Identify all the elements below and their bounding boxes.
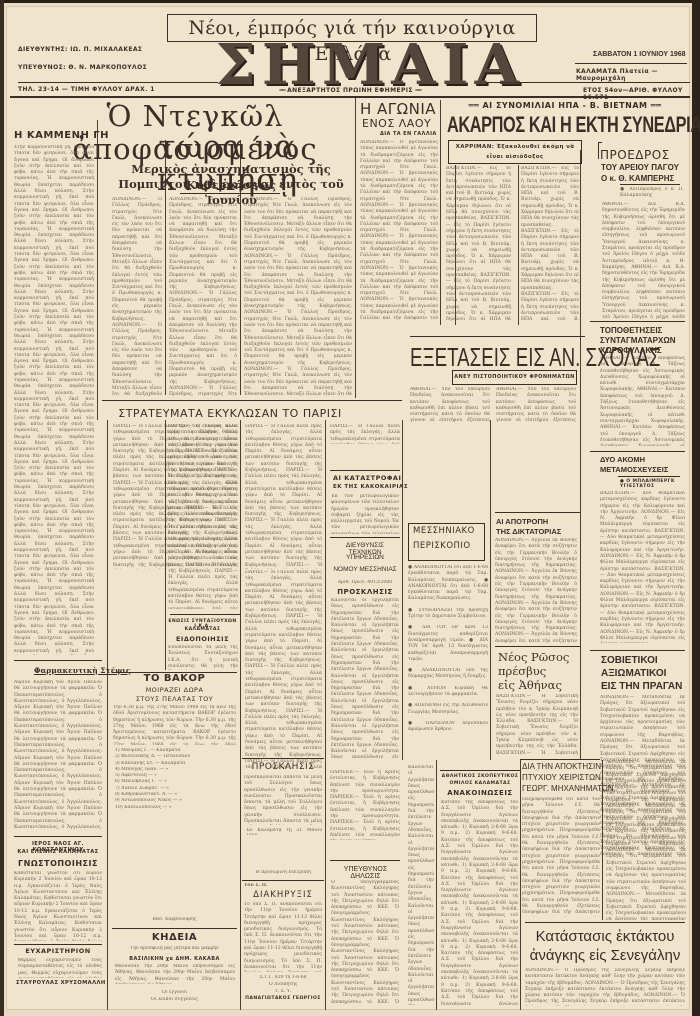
article-body: ΑΘΗΝΑΙ.— Διὰ Β.Δ. δημοσιευθέντος εἰς τὴν… [602,202,685,322]
notice-name: ΣΤΑΥΡΟΥΛΑΣ ΧΡΥΣΟΜΑΛΛΗ [16,980,106,986]
column-title: ΤΟΠΟΘΕΤΗΣΕΙΣ [600,326,662,335]
headline: Κατάστασις ἐκτάκτου [525,928,685,945]
article-body: Στὴν κομμουνιστικὴ γῆ, ἐκεῖ ποὺ τίποτα δ… [14,145,94,655]
box-text: ΑΝΕΥ ΠΙΣΤΟΠΟΙΗΤΙΚΟΥ ΦΡΟΝΗΜΑΤΩΝ [453,371,576,384]
signature: Βασ. Καρβουνάρης [113,917,236,925]
article-body: ΒΑΣΙΓΚΤΩΝ.— Εἰς τὸ Παρίσι ἐγένετο σήμερο… [521,166,579,321]
article-body: ΑΘΗΝΑΙ.— Ὑπὸ τοῦ ὑπουργοῦ Παιδείας ἀνακο… [496,387,576,424]
article-body: ΠΑΡΙΣΙ.— Ἡ Γαλλία πλέει πρὸς τὰς ἐκλογάς… [168,424,238,609]
list-item: ● ΠΑΡΙΣΙΝΟΝ περιοδικὸν ἀφιέρωσεν ἄρθρον. [408,721,488,734]
notice-title: ΚΑΙ ΕΛΕΝΗΣ ΚΑΛΑΜΑΤΑΣ [14,849,102,855]
note: ● Ο ΜΠΛΑΙΜΠΕΡΓΚ ΥΓΙΕΣΤΑΤΟΣ [620,479,684,489]
notice-title: ΚΑΛΑΜΑΤΑΣ [165,627,240,632]
notice-heading: ΑΝΑΚΟΙΝΩΣΕΙΣ [440,789,520,797]
column-title: ΔΥΟ ΑΚΟΜΗ [600,455,645,464]
notice-heading: ΠΡΟΣΚΛΗΣΙΣ [242,762,324,772]
issue-date: ΣΑΒΒΑΤΟΝ 1 ΙΟΥΝΙΟΥ 1968 [593,51,686,58]
kicker: ══ ΑΙ ΣΥΝΟΜΙΛΙΑΙ ΗΠΑ - Β. ΒΙΕΤΝΑΜ ══ [445,101,685,110]
headline: πρέσβυς [498,664,546,678]
list-item: ● ΑΠΕΝΕΜΗ εἰς τὴν Διεύθυνσιν Γεωργίας Με… [408,703,488,716]
article-body: ΒΑΣΙΓΚΤΩΝ.— Εἰς τὸ Παρίσι ἐγένετο σήμερο… [446,166,511,321]
column-title: ΣΟΒΙΕΤΙΚΟΙ [601,655,658,666]
kicker: Του Σ. Π. [244,883,294,890]
notice-body: Ὁ ὑπογεγραμμένος Κωνσταντῖνος Καλόγηρος … [331,880,399,1005]
column-title: Ο κ. Θ. ΚΑΜΠΕΡΗΣ [601,174,674,183]
signature: Ἡ προσωρινὴ Ἐπιτροπή [244,870,322,877]
newspaper-title: ΣΗΜΑΙΑ [215,38,484,92]
notice-title: ΑΘΛΗΤΙΚΟΣ ΣΚΟΠΕΥΤΙΚΟΣ [440,774,520,779]
director-line: ΔΙΕΥΘΥΝΤΗΣ: ΙΩ. Π. ΜΙΧΑΛΑΚΕΑΣ [18,46,142,53]
column-title: ΑΙ ΑΠΟΤΡΟΠΗ [496,517,548,526]
notice-heading: ΠΡΟΣΚΛΗΣΙΣ [330,588,400,596]
signature: ΠΑΝΑΓΙΩΤΑΚΟΣ ΓΕΩΡΓΙΟΣ [244,996,322,1001]
column-title: ΠΡΟΕΔΡΟΣ [600,148,670,162]
column-title: Η ΚΑΜΜΕΝΗ ΓΗ [14,130,109,141]
column-title: ΤΗΣ ΔΙΚΤΑΤΟΡΙΑΣ [496,527,561,536]
article-body: ΛΟΝΔΙΝΟΝ.— Ὁ Γάλλος Πρόεδρος, στρατηγὸς … [169,197,237,397]
column-title: ΤΟΥ ΑΡΕΙΟΥ ΠΑΓΟΥ [601,163,679,172]
list-item: ● ΣΥΝΕΔΡΙΑΖΕΙ τὴν προσεχῆ Τρίτην τὸ Δημο… [408,608,488,621]
notice-heading: ΚΗΔΕΙΑ [112,932,237,943]
article-body: ΠΑΡΙΣΙ.— Ἡ Γαλλία πλέει πρὸς τὰς ἐκλογάς… [245,424,322,569]
page-edge [0,0,700,3]
headline: ΕΞΕΤΑΣΕΙΣ ΕΙΣ ΑΝ. ΣΧΟΛΑΣ [410,342,660,373]
column-title: ΣΤΟΥΣ ΠΕΛΑΤΑΣ ΤΟΥ [112,695,237,703]
column-title: Η ΑΓΩΝΙΑ [360,100,436,118]
column-title: ΜΕΤΑΜΟΣΧΕΥΣΕΙΣ [600,465,668,474]
article-body: Καλοῦνται οἱ ἐργολήπται ὅπως προσέλθωσιν… [408,765,434,1005]
headline: Νέος Ρῶσος [498,650,569,664]
article-body: ΛΟΝΔΙΝΟΝ.— Ὁ Πρόεδρος τῆς Σενεγάλης Σεγκ… [525,968,685,1006]
column-title: ΕΙΣ ΤΗΝ ΠΡΑΓΑΝ [601,681,682,692]
notice-place: Ἐν Καλαμάτᾳ τῇ 31 Μαΐου 1968 [246,828,322,835]
reference: Ἀριθ. Πρωτ. 4912/2080 [330,580,400,588]
notice-body: Κατόπιν τῆς ἀποφάσεως τοῦ Δ.Σ. τοῦ Ὁμίλο… [441,800,518,1005]
notice-body: Καθίσταται γνωστὸν ὅτι αὔριον Κυριακὴν 2… [14,871,102,941]
signature: Οἱ ἔγγονοι [113,990,236,997]
notice-title: ΥΠΗΡΕΣΙΩΝ [330,554,400,561]
issue-number: ΕΤΟΣ 54ον—ΑΡΙΘ. ΦΥΛΛΟΥ 16.571 [583,87,700,101]
tagline: ΑΝΕΞΑΡΤΗΤΟΣ ΠΡΩΙΝΗ ΕΦΗΜΕΡΙΣ [287,87,413,94]
article-body: ΒΑΣΙΓΚΤΩΝ.— Ἡ Σοβιετικὴ Ἕνωσις διορίζει … [496,694,578,756]
notice-name: ΒΑΣΙΛΙΚΗΝ χα ΔΗΜ. ΚΑΚΑΒΑ [113,956,236,962]
column-title: ΑΞΙΩΜΑΤΙΚΟΙ [601,668,666,679]
notice-title: ΟΜΙΛΟΣ ΚΑΛΑΜΑΤΑΣ [440,781,520,786]
article-body: ΛΟΝΔΙΝΟΝ.— Ἀγγελία ἐκ Βόννης ἀναφέρει ὅτ… [495,538,577,643]
column-title: ΠΤΥΧΙΟΥ ΧΕΙΡΙΣΤΩΝ [522,773,601,782]
notice-body: Θανοῦσαν τὴν 29ην Μαΐου ἐκηδεύσαμεν εἰς … [115,964,235,984]
notice-heading: ΥΠΕΥΘΥΝΟΣ ΔΗΛΩΣΙΣ [328,866,403,880]
news-brief-list: ● ΑΝΑΚΟΙΝΟΥΤΑΙ ὅτι ἀπὸ 1-6-68 ἐγκαθίστατ… [408,565,488,760]
article-body: Αὔριον Κυριακὴ τὸν Ἅγιον Παῦλον θὰ λειτο… [14,680,102,830]
column-title: ΔΙΑ ΤΗΝ ΑΠΟΚΤΗΣΙΝ [522,762,601,771]
reference: Σ.Τ.Γ. 829 τῆ 1-6-68 [244,975,322,982]
article-body: ΛΟΝΔΙΝΟΝ.— Ὁ Γάλλος Πρόεδρος, στρατηγὸς … [112,197,162,397]
column-title: ΓΕΩΡΓ. ΜΗΧΑΝΗΜΑΤΩΝ [522,784,614,793]
notice-heading: ΔΙΑΚΗΡΥΞΙΣ [242,890,324,900]
notice-intro: Τὴν προσφιλῆ μας μητέρα καὶ μάμμην [113,946,236,954]
notice-body: Προσκαλοῦνται ἅπαντα τὰ μέλη τοῦ Συλλόγο… [244,775,322,825]
phone-price: ΤΗΛ. 23-14 — ΤΙΜΗ ΦΥΛΛΟΥ ΔΡΑΧ. 1 [18,86,155,93]
headline: ΑΚΑΡΠΟΣ ΚΑΙ Η ΕΚΤΗ ΣΥΝΕΔΡΙΑ [447,112,700,138]
list-item: ● ΑΥΡΙΟΝ Κυριακὴ θὰ λειτουργήσουν τὰ φαρ… [408,686,488,699]
notice-heading: ΕΥΧΑΡΙΣΤΗΡΙΟΝ [14,947,102,955]
list-item: 10) Κανελλόπουλος — » [115,805,235,811]
column-title: ΑΙ ΚΑΤΑΣΤΡΟΦΑΙ [333,474,401,482]
article-body: ΛΟΝΔΙΝΟΝ.— Ὁ βρεταννικὸς τύπος παρακολου… [360,140,438,320]
winners-list: 1) Μαυρέας Γ. — Καλαμάτα 2) Φωτεινάκης Δ… [115,748,235,811]
article-body: ΠΑΡΙΣΙ.— Ἡ Γαλλία πλέει πρὸς τὰς ἐκλογάς… [330,424,400,444]
headline: ΣΤΡΑΤΕΥΜΑΤΑ ΕΚΥΚΛΩΣΑΝ ΤΟ ΠΑΡΙΣΙ [110,407,350,420]
location: ΚΑΛΑΜΑΤΑ Πλατεία — Μαυρομιχάλη [576,68,700,82]
article-body: Πληροφορούμεθα ὅτι κατὰ τὸν μῆνα Ἰούνιον… [522,797,600,917]
list-item: ● ΑΝΑΚΟΙΝΟΥΤΑΙ ὅτι ἀπὸ 1-6-68 ἐγκαθίστατ… [408,565,488,603]
page-edge [0,0,4,1016]
headline: εἰς Ἀθήνας [498,678,562,692]
column-title: ΤΟ ΒΑΚΟΡ [112,673,237,684]
notice-body: Καλοῦνται οἱ ἐργολήπται ὅπως προσέλθωσιν… [331,598,399,758]
signature: Τ. Σ. Υ. [244,989,322,996]
list-item: ● ΔΙΑ ΤΟΥ ὑπ' ἀριθ. 13 διατάγματος καθορ… [408,625,488,663]
column-title: ΠΕΡΙΣΚΟΠΙΟ [413,541,471,551]
note: ● Ἀντιπρόεδρος ὁ κ. Π. Καλαμπούκης [620,187,684,200]
article-body: ΠΑΡΙΣΙ.— Ἡ Γαλλία πλέει πρὸς τὰς ἐκλογάς… [245,570,322,770]
article-body: ΛΟΝΔΙΝΟΝ.— Ὁ Γάλλος Πρόεδρος, στρατηγὸς … [244,197,352,397]
article-body: ΛΟΝΔΙΝΟΝ.— Μεταδίδεται ἐκ Πράγας ὅτι ἀξι… [606,760,686,920]
signature: Οἱ λοιποὶ συγγενεῖς [113,997,236,1004]
signature: Ὁ Διοικητὴς [244,982,322,989]
article-body: Τὴν 6.30 μ.μ. τῆς 27ης Μαΐου 1968 εἰς τὰ… [113,705,236,745]
article-body: ΑΘΗΝΑΙ.— Ὑπὸ τοῦ ὑπουργοῦ Παιδείας ἀνακο… [410,387,490,424]
notice-body: Τὸ ὑπὸ Σ. Π. ἀνακοινοῦται ὅτι τὴν 11ην Ἰ… [244,902,322,972]
box-text: ΧΑΡΡΙΜΑΝ: Ἐξακολουθεῖ ἀκόμη νὰ εἶναι αἰσ… [449,141,581,162]
notice-title: ΝΟΜΟΥ ΜΕΣΣΗΝΙΑΣ [330,566,400,573]
article-body: ΠΑΡΙΣΙΟΙ.— Ἐνῶ ἡ κρίσις ἐντείνεται, ἡ Κυ… [330,770,400,840]
column-title: ΕΚ ΤΗΣ ΚΑΚΟΚΑΙΡΙΑΣ [333,484,408,490]
notice-body: Θερμῶς εὐχαριστοῦμεν τοὺς συμπαρασταθέντ… [18,958,102,978]
page-edge [692,0,700,1016]
column-title: ΕΝΟΣ ΛΑΟΥ [362,117,431,130]
article-body: Ἐκ τῶν μετεωρολογικῶν φαινομένων τῶν τελ… [331,494,399,534]
notice-body: Εἰδοποιοῦνται τὰ μέλη τῆς Ἑνώσεως Συνταξ… [168,645,238,670]
list-item: ● ΑΝΑΚΟΙΝΟΥΤΑΙ ὑπὸ τῆς Νομαρχίας Μεσσηνί… [408,668,488,681]
headline: ἀνάγκης εἰς Σενεγάλην [525,947,685,964]
notice-heading: ΕΙΔΟΠΟΙΗΣΙΣ [165,635,240,643]
column-title: ΜΕΣΣΗΝΙΑΚΟ [413,526,475,536]
article-body: ΒΑΣΙΓΚΤΩΝ.— Δύο θεαματικαὶ μεταμοσχεύσει… [600,491,685,643]
notice-heading: ΓΝΩΣΤΟΠΟΙΗΣΙΣ [14,859,102,868]
column-title: ΜΟΙΡΑΖΕΙ ΔΩΡΑ [112,686,237,694]
kicker: ΔΙΑ ΤΑ ΕΝ ΓΑΛΛΙΑ [380,131,437,137]
editor-line: ΥΠΕΥΘΥΝΟΣ: Θ. Ν. ΜΑΡΚΟΠΟΥΛΟΣ [18,64,147,71]
